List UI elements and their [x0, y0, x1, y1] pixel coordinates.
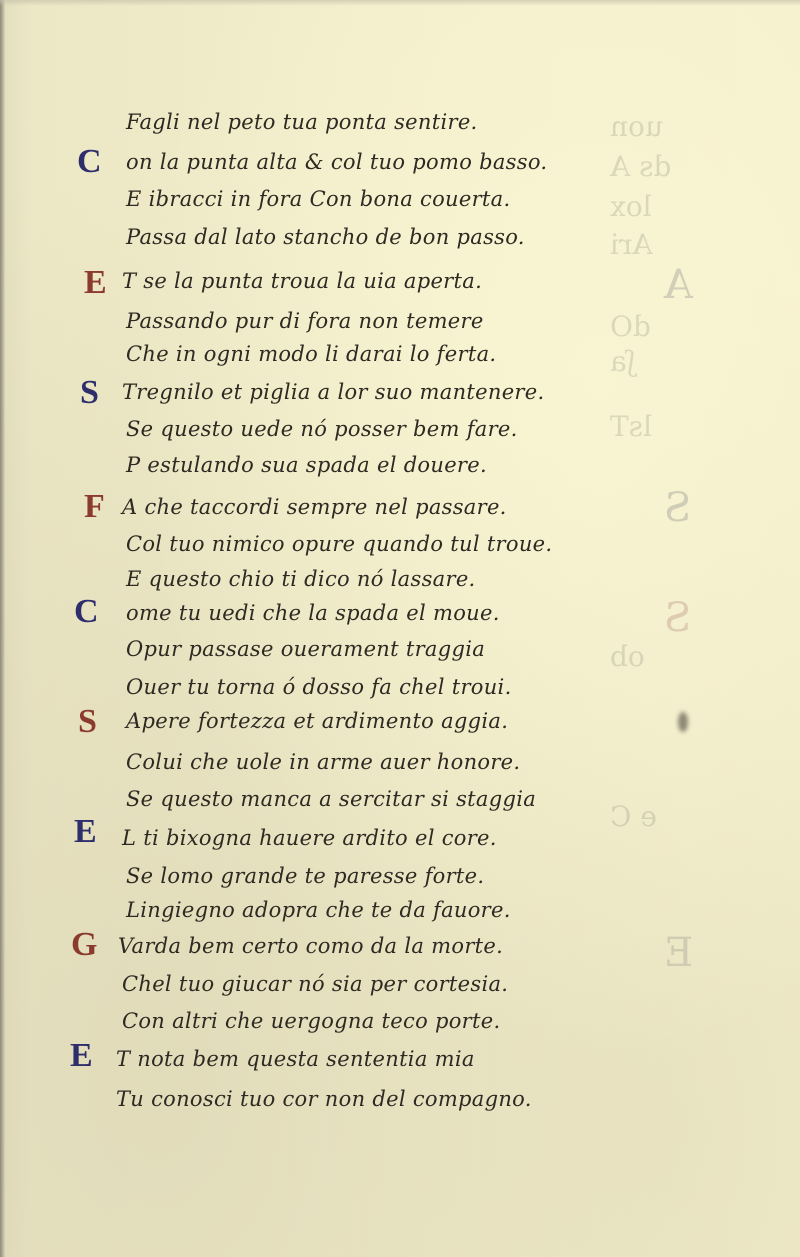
verse-line: E questo chio ti dico nó lassare.: [126, 569, 476, 590]
verse-line: Passando pur di fora non temere: [126, 311, 484, 332]
verse-line: Fagli nel peto tua ponta sentire.: [126, 112, 478, 133]
verse-line: T nota bem questa sententia mia: [116, 1049, 475, 1070]
verse-line: P estulando sua spada el douere.: [126, 455, 487, 476]
verse-line: Tu conosci tuo cor non del compagno.: [116, 1089, 532, 1110]
initial-letter: G: [71, 928, 97, 962]
verse-line: ome tu uedi che la spada el moue.: [126, 603, 500, 624]
parchment-page: uon ds A lox Ari A dO ʃa lsT S S ob e C …: [0, 0, 800, 1257]
initial-letter: S: [80, 376, 99, 410]
verse-line: Apere fortezza et ardimento aggia.: [126, 711, 508, 732]
verse-line: Ouer tu torna ó dosso fa chel troui.: [126, 677, 512, 698]
verse-line: T se la punta troua la uia aperta.: [122, 271, 482, 292]
verse-line: Lingiegno adopra che te da fauore.: [126, 900, 511, 921]
verse-line: E ibracci in fora Con bona couerta.: [126, 189, 510, 210]
verse-line: Se lomo grande te paresse forte.: [126, 866, 484, 887]
verse-line: on la punta alta & col tuo pomo basso.: [126, 152, 547, 173]
verse-line: Tregnilo et piglia a lor suo mantenere.: [122, 382, 544, 403]
manuscript-text: Fagli nel peto tua ponta sentire. C on l…: [0, 0, 800, 1257]
verse-line: L ti bixogna hauere ardito el core.: [122, 828, 497, 849]
initial-letter: E: [70, 1039, 93, 1073]
verse-line: Passa dal lato stancho de bon passo.: [126, 227, 525, 248]
verse-line: Chel tuo giucar nó sia per cortesia.: [122, 974, 508, 995]
verse-line: Col tuo nimico opure quando tul troue.: [126, 534, 552, 555]
initial-letter: C: [77, 145, 102, 179]
verse-line: Opur passase ouerament traggia: [126, 639, 485, 660]
initial-letter: F: [84, 490, 105, 524]
initial-letter: C: [74, 595, 99, 629]
verse-line: Con altri che uergogna teco porte.: [122, 1011, 500, 1032]
verse-line: A che taccordi sempre nel passare.: [122, 497, 507, 518]
verse-line: Che in ogni modo li darai lo ferta.: [126, 344, 496, 365]
verse-line: Varda bem certo como da la morte.: [118, 936, 503, 957]
verse-line: Se questo uede nó posser bem fare.: [126, 419, 518, 440]
verse-line: Colui che uole in arme auer honore.: [126, 752, 520, 773]
initial-letter: S: [78, 705, 97, 739]
initial-letter: E: [84, 266, 107, 300]
verse-line: Se questo manca a sercitar si staggia: [126, 789, 536, 810]
initial-letter: E: [74, 815, 97, 849]
